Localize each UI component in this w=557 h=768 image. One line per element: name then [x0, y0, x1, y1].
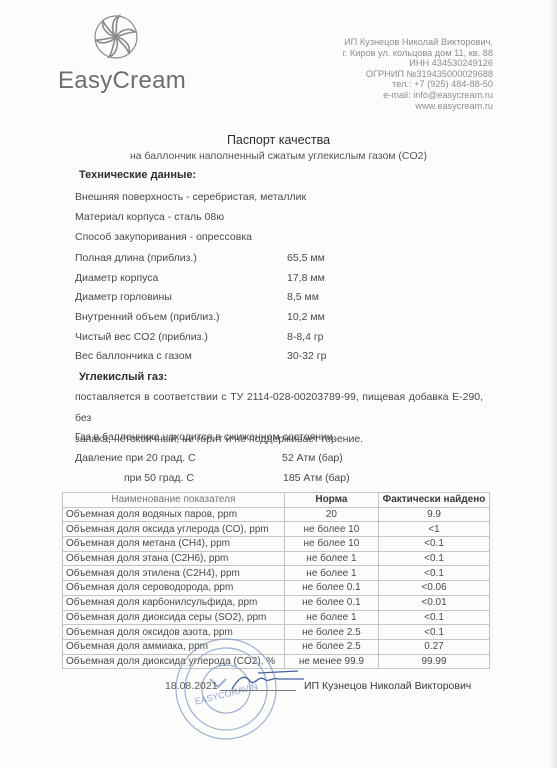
norm-cell: не более 0.1: [284, 595, 378, 610]
gas-description-line-1: поставляется в соответствии с ТУ 2114-02…: [75, 387, 483, 429]
spec-row: Вес баллончика с газом 30-32 гр: [75, 350, 192, 362]
company-website: www.easycream.ru: [343, 101, 493, 112]
actual-value-cell: <0.01: [379, 595, 490, 610]
spec-row: Полная длина (приблиз.) 65,5 мм: [75, 252, 197, 264]
table-row: Объемная доля метана (CH4), ppmне более …: [63, 537, 490, 552]
material-line: Материал корпуса - сталь 08ю: [75, 211, 224, 223]
spec-label: Внутренний объем (приблиз.): [75, 311, 219, 323]
flower-swirl-icon: [91, 12, 141, 62]
pressure-20-label: Давление при 20 град. С: [75, 452, 196, 464]
table-row: Объемная доля оксида углерода (CO), ppmн…: [63, 522, 490, 537]
quality-passport-page: EasyCream ИП Кузнецов Николай Викторович…: [0, 0, 557, 768]
brand-name: EasyCream: [58, 67, 186, 95]
table-row: Объемная доля карбонилсульфида, ppmне бо…: [63, 595, 490, 610]
indicator-name-cell: Объемная доля этилена (C2H4), ppm: [63, 566, 285, 581]
spec-row: Диаметр горловины 8,5 мм: [75, 291, 172, 303]
company-address: г. Киров ул. кольцова дом 11, кв. 88: [343, 48, 493, 59]
spec-value: 65,5 мм: [287, 252, 325, 264]
actual-value-cell: <1: [379, 522, 490, 537]
company-ogrnip: ОГРНИП №319435000029688: [343, 69, 493, 80]
norm-cell: не более 1: [284, 610, 378, 625]
company-phone: тел.: +7 (925) 484-88-50: [343, 79, 493, 90]
table-row: Объемная доля этилена (C2H4), ppmне боле…: [63, 566, 490, 581]
pressure-50-value: 185 Атм (бар): [283, 472, 350, 484]
norm-cell: 20: [284, 507, 378, 522]
document-subtitle: на баллончик наполненный сжатым углекисл…: [0, 150, 557, 162]
norm-cell: не более 0.1: [284, 581, 378, 596]
spec-label: Чистый вес CO2 (приблиз.): [75, 331, 208, 343]
column-header-indicator: Наименование показателя: [63, 493, 285, 508]
norm-cell: не более 1: [284, 566, 378, 581]
signature-date: 18.08.2021: [165, 680, 218, 692]
spec-value: 17,8 мм: [287, 272, 325, 284]
norm-cell: не более 10: [284, 522, 378, 537]
indicator-name-cell: Объемная доля метана (CH4), ppm: [63, 537, 285, 552]
norm-cell: не более 1: [284, 551, 378, 566]
indicator-name-cell: Объемная доля карбонилсульфида, ppm: [63, 595, 285, 610]
actual-value-cell: 0.27: [379, 639, 490, 654]
company-inn: ИНН 434530249126: [343, 58, 493, 69]
actual-value-cell: 99.99: [379, 654, 490, 669]
surface-line: Внешняя поверхность - серебристая, метал…: [75, 191, 306, 203]
spec-row: Внутренний объем (приблиз.) 10,2 мм: [75, 311, 219, 323]
table-header-row: Наименование показателя Норма Фактически…: [63, 493, 490, 508]
table-row: Объемная доля сероводорода, ppmне более …: [63, 581, 490, 596]
company-requisites: ИП Кузнецов Николай Викторович, г. Киров…: [343, 37, 493, 111]
spec-value: 8-8,4 гр: [287, 331, 324, 343]
pressure-50-label: при 50 град. С: [124, 472, 194, 484]
table-row: Объемная доля водяных паров, ppm209.9: [63, 507, 490, 522]
actual-value-cell: <0.1: [379, 610, 490, 625]
table-row: Объемная доля диоксида серы (SO2), ppmне…: [63, 610, 490, 625]
page-edge-shadow: [551, 0, 557, 768]
spec-row: Чистый вес CO2 (приблиз.) 8-8,4 гр: [75, 331, 208, 343]
indicator-name-cell: Объемная доля диоксида серы (SO2), ppm: [63, 610, 285, 625]
indicator-name-cell: Объемная доля водяных паров, ppm: [63, 507, 285, 522]
table-row: Объемная доля этана (C2H6), ppmне более …: [63, 551, 490, 566]
gas-state-line: Газ в баллончике находится в сжиженном с…: [75, 431, 336, 443]
spec-value: 8,5 мм: [287, 291, 319, 303]
norm-cell: не более 2.5: [284, 625, 378, 640]
actual-value-cell: <0.1: [379, 537, 490, 552]
indicator-name-cell: Объемная доля оксида углерода (CO), ppm: [63, 522, 285, 537]
company-logo: EasyCream: [58, 12, 178, 100]
column-header-norm: Норма: [284, 493, 378, 508]
norm-cell: не менее 99.9: [284, 654, 378, 669]
signer-name: ИП Кузнецов Николай Викторович: [304, 680, 471, 692]
technical-heading: Технические данные:: [79, 169, 196, 181]
spec-value: 10,2 мм: [287, 311, 325, 323]
sealing-line: Способ закупоривания - опрессовка: [75, 231, 252, 243]
actual-value-cell: <0.1: [379, 551, 490, 566]
actual-value-cell: <0.1: [379, 566, 490, 581]
company-email: e-mail: info@easycream.ru: [343, 90, 493, 101]
spec-value: 30-32 гр: [287, 350, 326, 362]
spec-label: Полная длина (приблиз.): [75, 252, 197, 264]
norm-cell: не более 10: [284, 537, 378, 552]
spec-label: Диаметр корпуса: [75, 272, 158, 284]
norm-cell: не более 2.5: [284, 639, 378, 654]
column-header-actual: Фактически найдено: [379, 493, 490, 508]
pressure-20-value: 52 Атм (бар): [282, 452, 343, 464]
indicator-name-cell: Объемная доля этана (C2H6), ppm: [63, 551, 285, 566]
indicator-name-cell: Объемная доля сероводорода, ppm: [63, 581, 285, 596]
spec-label: Диаметр горловины: [75, 291, 172, 303]
company-owner: ИП Кузнецов Николай Викторович,: [343, 37, 493, 48]
actual-value-cell: 9.9: [379, 507, 490, 522]
actual-value-cell: <0.06: [379, 581, 490, 596]
document-title: Паспорт качества: [0, 133, 557, 147]
handwritten-signature-icon: [228, 669, 308, 693]
actual-value-cell: <0.1: [379, 625, 490, 640]
spec-row: Диаметр корпуса 17,8 мм: [75, 272, 158, 284]
gas-heading: Углекислый газ:: [79, 371, 167, 383]
spec-label: Вес баллончика с газом: [75, 350, 192, 362]
